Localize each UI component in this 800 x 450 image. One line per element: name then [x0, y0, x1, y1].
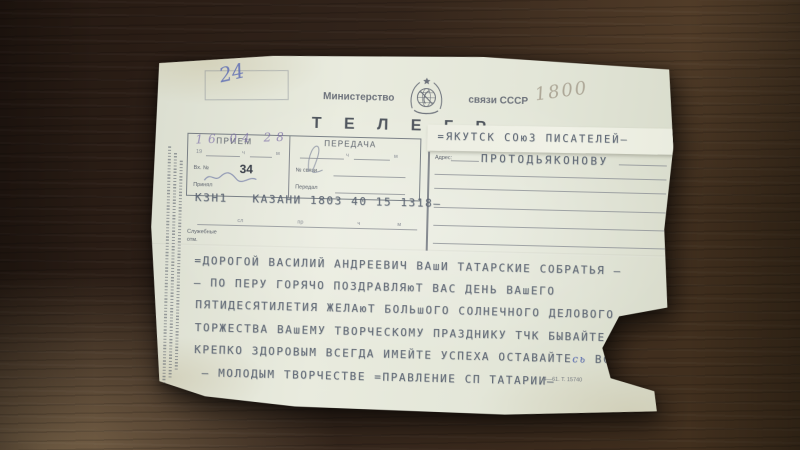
- photo-of-telegram-on-desk: 24 1800 Министерство связи СССР Т: [0, 0, 800, 450]
- photo-vignette: [0, 0, 800, 450]
